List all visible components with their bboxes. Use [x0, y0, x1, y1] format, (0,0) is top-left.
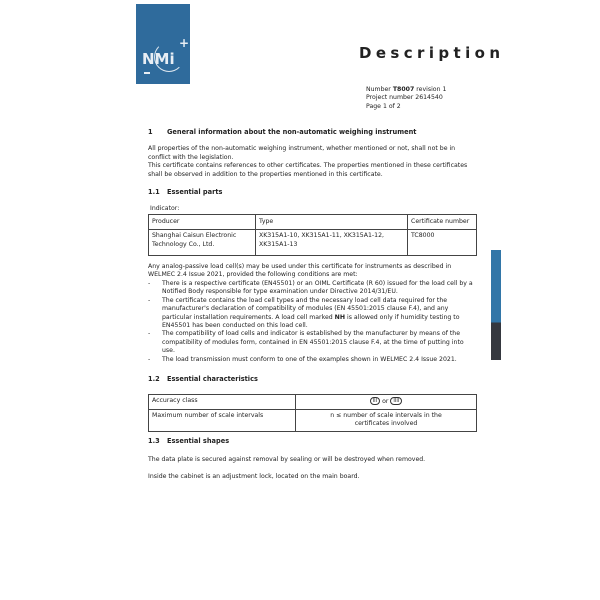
- nmi-logo: + NMi: [136, 4, 190, 84]
- nh-marker: NH: [335, 314, 345, 321]
- page-title: Description: [359, 44, 504, 62]
- section-1-2-heading: 1.2 Essential characteristics: [148, 375, 478, 383]
- document-body: 1 General information about the non-auto…: [148, 128, 478, 482]
- accuracy-class-iiii-icon: IIII: [390, 397, 402, 405]
- section-1-3-heading: 1.3 Essential shapes: [148, 437, 478, 445]
- column-header: Certificate number: [408, 214, 477, 229]
- page-edge-tab: [491, 250, 501, 360]
- producer-cell: Shanghai Caisun Electronic Technology Co…: [149, 230, 256, 256]
- column-header: Producer: [149, 214, 256, 229]
- document-meta: Number T8007 revision 1 Project number 2…: [366, 86, 446, 111]
- logo-text: NMi: [142, 50, 175, 68]
- section-1-heading: 1 General information about the non-auto…: [148, 128, 478, 136]
- list-item: The compatibility of load cells and indi…: [148, 330, 478, 355]
- logo-dash-icon: [144, 72, 150, 74]
- accuracy-class-label: Accuracy class: [149, 395, 296, 409]
- section-1-paragraph-2: This certificate contains references to …: [148, 162, 478, 179]
- section-1-3-paragraph-1: The data plate is secured against remova…: [148, 456, 478, 464]
- list-item: The certificate contains the load cell t…: [148, 297, 478, 331]
- table-row: Accuracy class III or IIII: [149, 395, 477, 409]
- essential-characteristics-table: Accuracy class III or IIII Maximum numbe…: [148, 394, 477, 431]
- conditions-list: There is a respective certificate (EN455…: [148, 280, 478, 364]
- accuracy-class-value: III or IIII: [296, 395, 477, 409]
- essential-parts-table: Producer Type Certificate number Shangha…: [148, 214, 477, 256]
- accuracy-class-iii-icon: III: [370, 397, 380, 405]
- section-1-1-heading: 1.1 Essential parts: [148, 188, 478, 196]
- certificate-number: Number T8007 revision 1: [366, 86, 446, 94]
- section-1-paragraph-1: All properties of the non-automatic weig…: [148, 145, 478, 162]
- certificate-number-cell: TC8000: [408, 230, 477, 256]
- list-item: The load transmission must conform to on…: [148, 356, 478, 364]
- certificate-number-value: T8007: [393, 86, 414, 93]
- section-1-3-paragraph-2: Inside the cabinet is an adjustment lock…: [148, 473, 478, 481]
- indicator-label: Indicator:: [148, 205, 478, 213]
- page-number: Page 1 of 2: [366, 103, 446, 111]
- max-scale-intervals-value: n ≤ number of scale intervals in the cer…: [296, 409, 477, 431]
- table-row: Shanghai Caisun Electronic Technology Co…: [149, 230, 477, 256]
- list-item: There is a respective certificate (EN455…: [148, 280, 478, 297]
- logo-plus-icon: +: [179, 37, 189, 49]
- load-cell-intro: Any analog-passive load cell(s) may be u…: [148, 263, 478, 280]
- table-header-row: Producer Type Certificate number: [149, 214, 477, 229]
- max-scale-intervals-label: Maximum number of scale intervals: [149, 409, 296, 431]
- table-row: Maximum number of scale intervals n ≤ nu…: [149, 409, 477, 431]
- type-cell: XK315A1-10, XK315A1-11, XK315A1-12, XK31…: [256, 230, 408, 256]
- column-header: Type: [256, 214, 408, 229]
- project-number: Project number 2614540: [366, 94, 446, 102]
